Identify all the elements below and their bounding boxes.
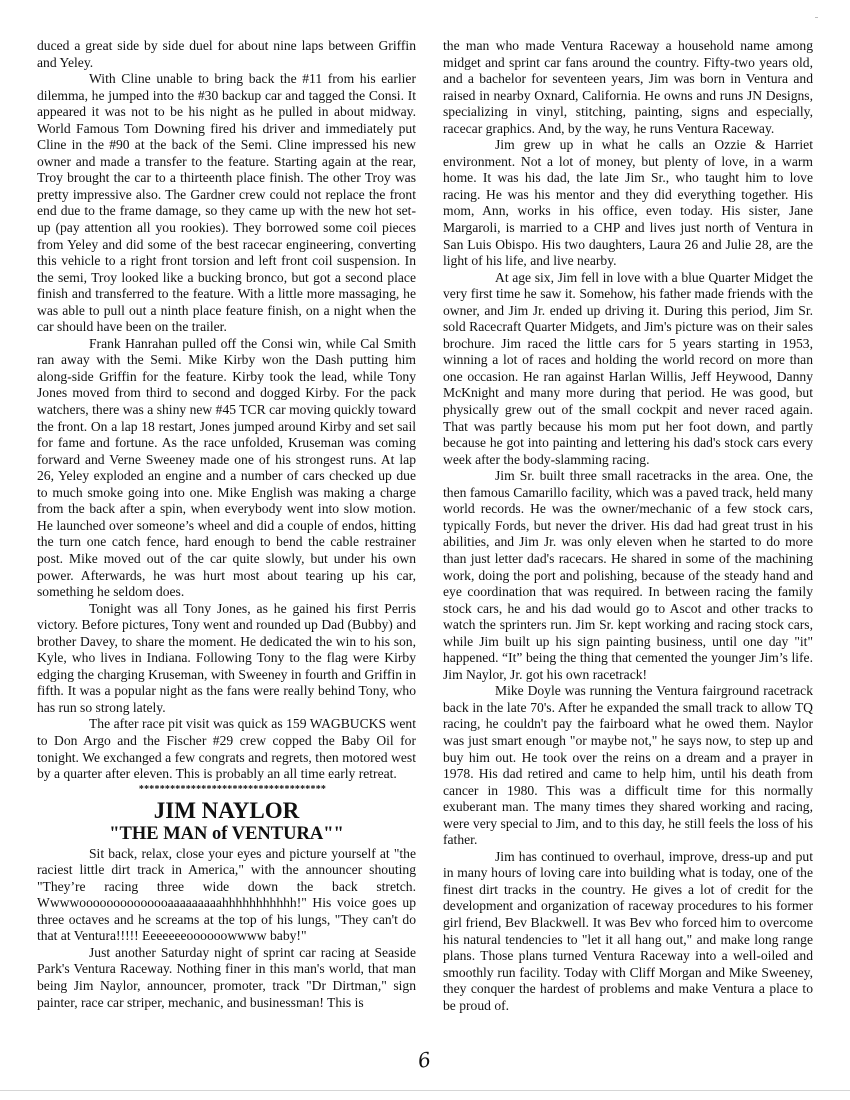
paragraph: duced a great side by side duel for abou… [37,38,416,71]
paragraph: At age six, Jim fell in love with a blue… [443,270,813,469]
article-title: JIM NAYLOR [37,798,416,824]
right-column: the man who made Ventura Raceway a house… [443,38,813,1014]
paragraph: Sit back, relax, close your eyes and pic… [37,846,416,945]
paragraph: Jim grew up in what he calls an Ozzie & … [443,137,813,269]
paragraph: The after race pit visit was quick as 15… [37,716,416,782]
scan-speck [815,17,818,18]
left-column: duced a great side by side duel for abou… [37,38,416,1011]
paragraph: Jim Sr. built three small racetracks in … [443,468,813,683]
article-subtitle: "THE MAN of VENTURA"" [37,824,416,845]
paragraph: Tonight was all Tony Jones, as he gained… [37,601,416,717]
paragraph: the man who made Ventura Raceway a house… [443,38,813,137]
paragraph: Mike Doyle was running the Ventura fairg… [443,683,813,848]
page-number: 6 [416,1047,433,1073]
asterisk-separator: ************************************ [37,784,416,796]
paragraph: With Cline unable to bring back the #11 … [37,71,416,336]
page-bottom-edge [0,1090,850,1091]
paragraph: Jim has continued to overhaul, improve, … [443,849,813,1014]
paragraph: Just another Saturday night of sprint ca… [37,945,416,1011]
paragraph: Frank Hanrahan pulled off the Consi win,… [37,336,416,601]
